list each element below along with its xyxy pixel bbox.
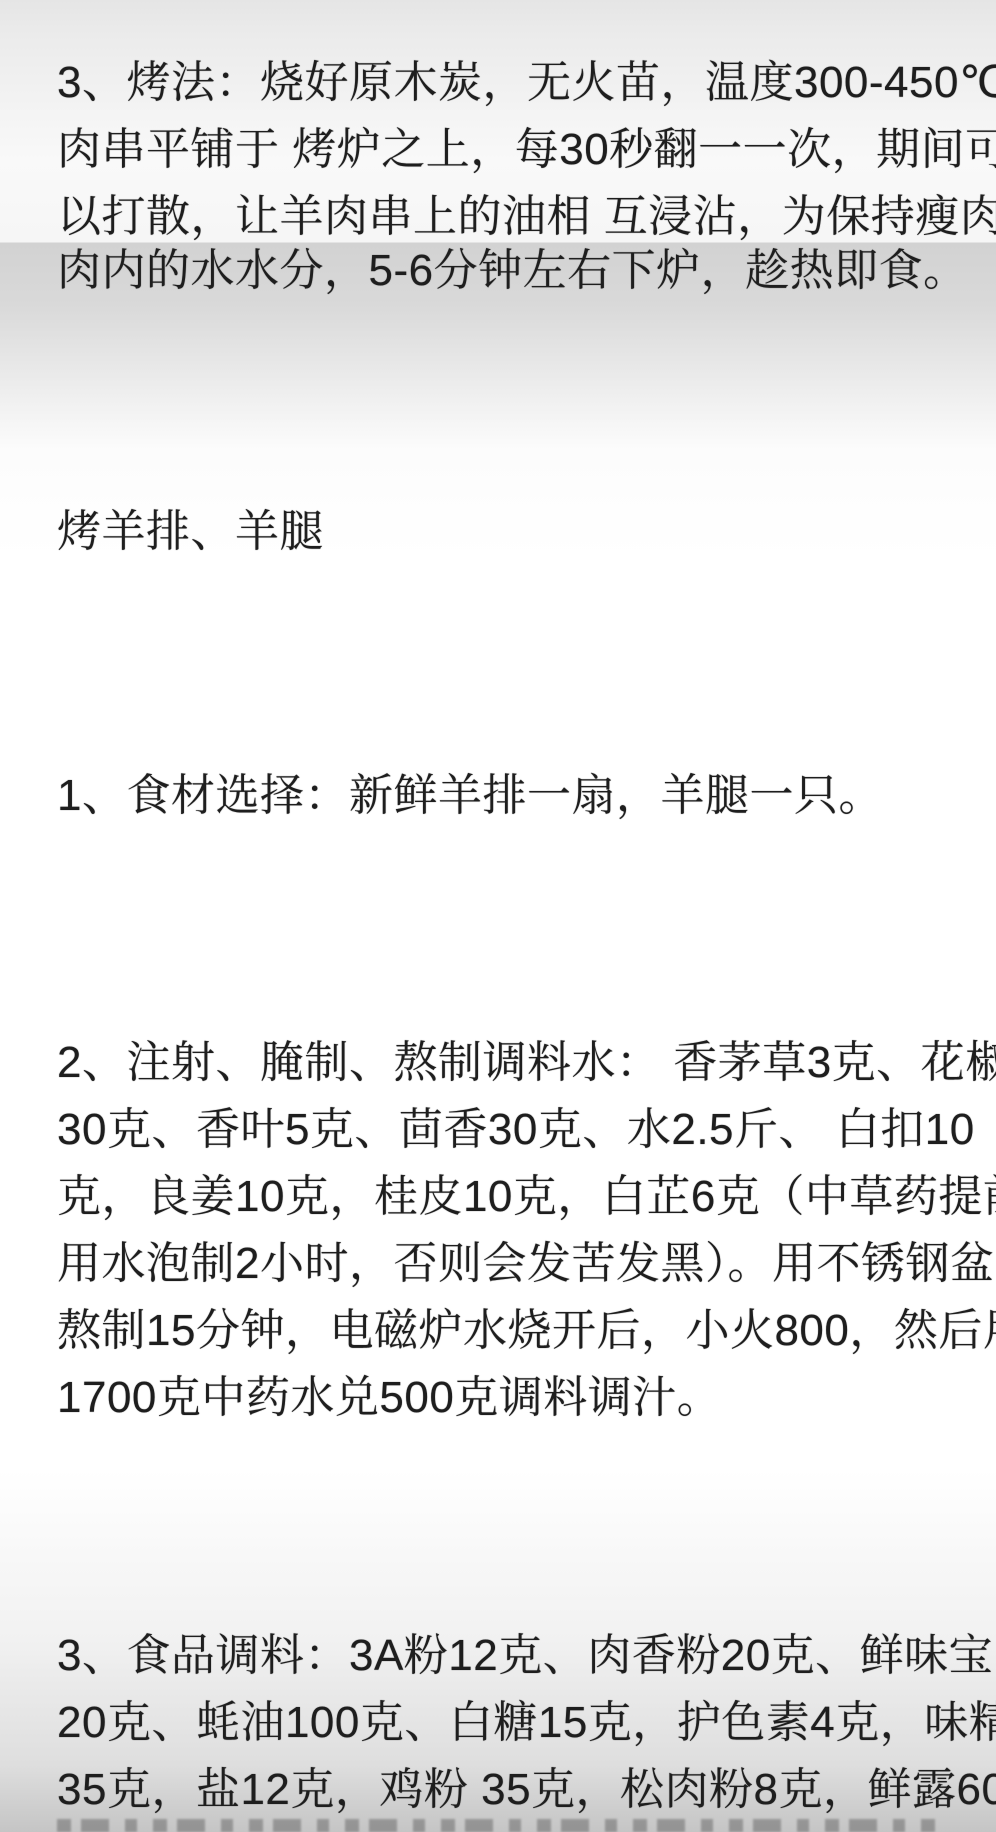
paragraph-bake-method: 3、烤法：烧好原木炭，无火苗，温度300-450℃ 肉串平铺于 烤炉之上，每30… — [57, 49, 976, 250]
recipe-page: 3、烤法：烧好原木炭，无火苗，温度300-450℃ 肉串平铺于 烤炉之上，每30… — [0, 0, 996, 1832]
paragraph-bake-method-continued: 肉内的水水分，5-6分钟左右下炉，趁热即食。 — [57, 237, 976, 304]
text-line: 肉内的水水分，5-6分钟左右下炉，趁热即食。 — [57, 237, 976, 304]
text-line: 1700克中药水兑500克调料调汁。 — [57, 1364, 976, 1431]
clipped-next-line — [57, 1819, 945, 1832]
text-line: 35克，盐12克，鸡粉 35克，松肉粉8克，鲜露60 — [57, 1756, 976, 1823]
text-line: 用水泡制2小时，否则会发苦发黑）。用不锈钢盆 — [57, 1230, 976, 1297]
section-heading: 烤羊排、羊腿 — [57, 498, 976, 565]
text-line: 2、注射、腌制、熬制调料水： 香茅草3克、花椒 — [57, 1029, 976, 1096]
text-line: 熬制15分钟，电磁炉水烧开后，小火800，然后用 — [57, 1297, 976, 1364]
paragraph-marinade: 2、注射、腌制、熬制调料水： 香茅草3克、花椒 30克、香叶5克、茴香30克、水… — [57, 1029, 976, 1431]
text-line: 肉串平铺于 烤炉之上，每30秒翻一一次，期间可 — [57, 116, 976, 183]
text-line: 1、食材选择：新鲜羊排一扇，羊腿一只。 — [57, 762, 976, 829]
paragraph-ingredients: 1、食材选择：新鲜羊排一扇，羊腿一只。 — [57, 762, 976, 829]
text-line: 3、食品调料：3A粉12克、肉香粉20克、鲜味宝 — [57, 1622, 976, 1689]
text-line: 20克、蚝油100克、白糖15克，护色素4克，味精 — [57, 1689, 976, 1756]
text-line: 30克、香叶5克、茴香30克、水2.5斤、 白扣10 — [57, 1096, 976, 1163]
paragraph-seasoning: 3、食品调料：3A粉12克、肉香粉20克、鲜味宝 20克、蚝油100克、白糖15… — [57, 1622, 976, 1823]
text-line: 克，良姜10克，桂皮10克，白芷6克（中草药提前 — [57, 1163, 976, 1230]
text-line: 3、烤法：烧好原木炭，无火苗，温度300-450℃ — [57, 49, 976, 116]
section-heading-text: 烤羊排、羊腿 — [57, 498, 976, 565]
